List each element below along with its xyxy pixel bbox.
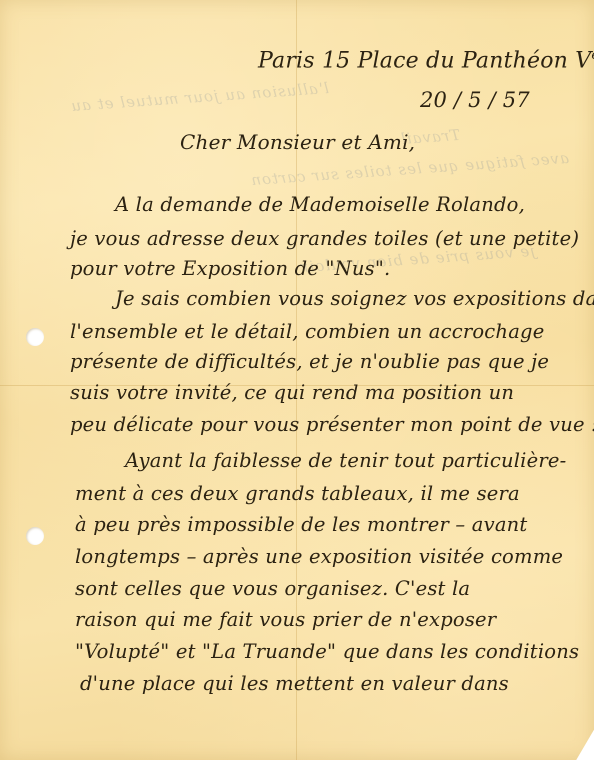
body-line: pour votre Exposition de "Nus". [70,257,390,280]
punch-hole [26,527,44,545]
letter-address: Paris 15 Place du Panthéon Ve [258,48,599,73]
body-line: l'ensemble et le détail, combien un accr… [70,320,544,343]
body-line: suis votre invité, ce qui rend ma positi… [70,381,514,404]
body-line: peu délicate pour vous présenter mon poi… [70,413,598,436]
body-line: je vous adresse deux grandes toiles (et … [70,227,579,250]
bleed-through-text: avec fatigue que les toiles sur carton [250,149,570,189]
address-text: Paris 15 Place du Panthéon V [258,48,591,73]
bleed-through-text: l'allusion au jour mutuel et au [70,79,330,115]
body-line: Ayant la faiblesse de tenir tout particu… [125,449,566,472]
body-line: A la demande de Mademoiselle Rolando, [115,193,525,216]
address-superscript: e [591,48,599,63]
letter-date: 20 / 5 / 57 [420,88,530,112]
body-line: Je sais combien vous soignez vos exposit… [115,287,599,310]
body-line: ment à ces deux grands tableaux, il me s… [75,482,520,505]
body-line: présente de difficultés, et je n'oublie … [70,350,549,373]
body-line: raison qui me fait vous prier de n'expos… [75,608,496,631]
letter-page: l'allusion au jour mutuel et au Travail … [0,0,594,760]
body-line: d'une place qui les mettent en valeur da… [80,672,509,695]
letter-salutation: Cher Monsieur et Ami, [180,130,415,154]
body-line: sont celles que vous organisez. C'est la [75,577,470,600]
body-line: à peu près impossible de les montrer – a… [75,513,527,536]
punch-hole [26,328,44,346]
body-line: longtemps – après une exposition visitée… [75,545,563,568]
body-line: "Volupté" et "La Truande" que dans les c… [75,640,579,663]
